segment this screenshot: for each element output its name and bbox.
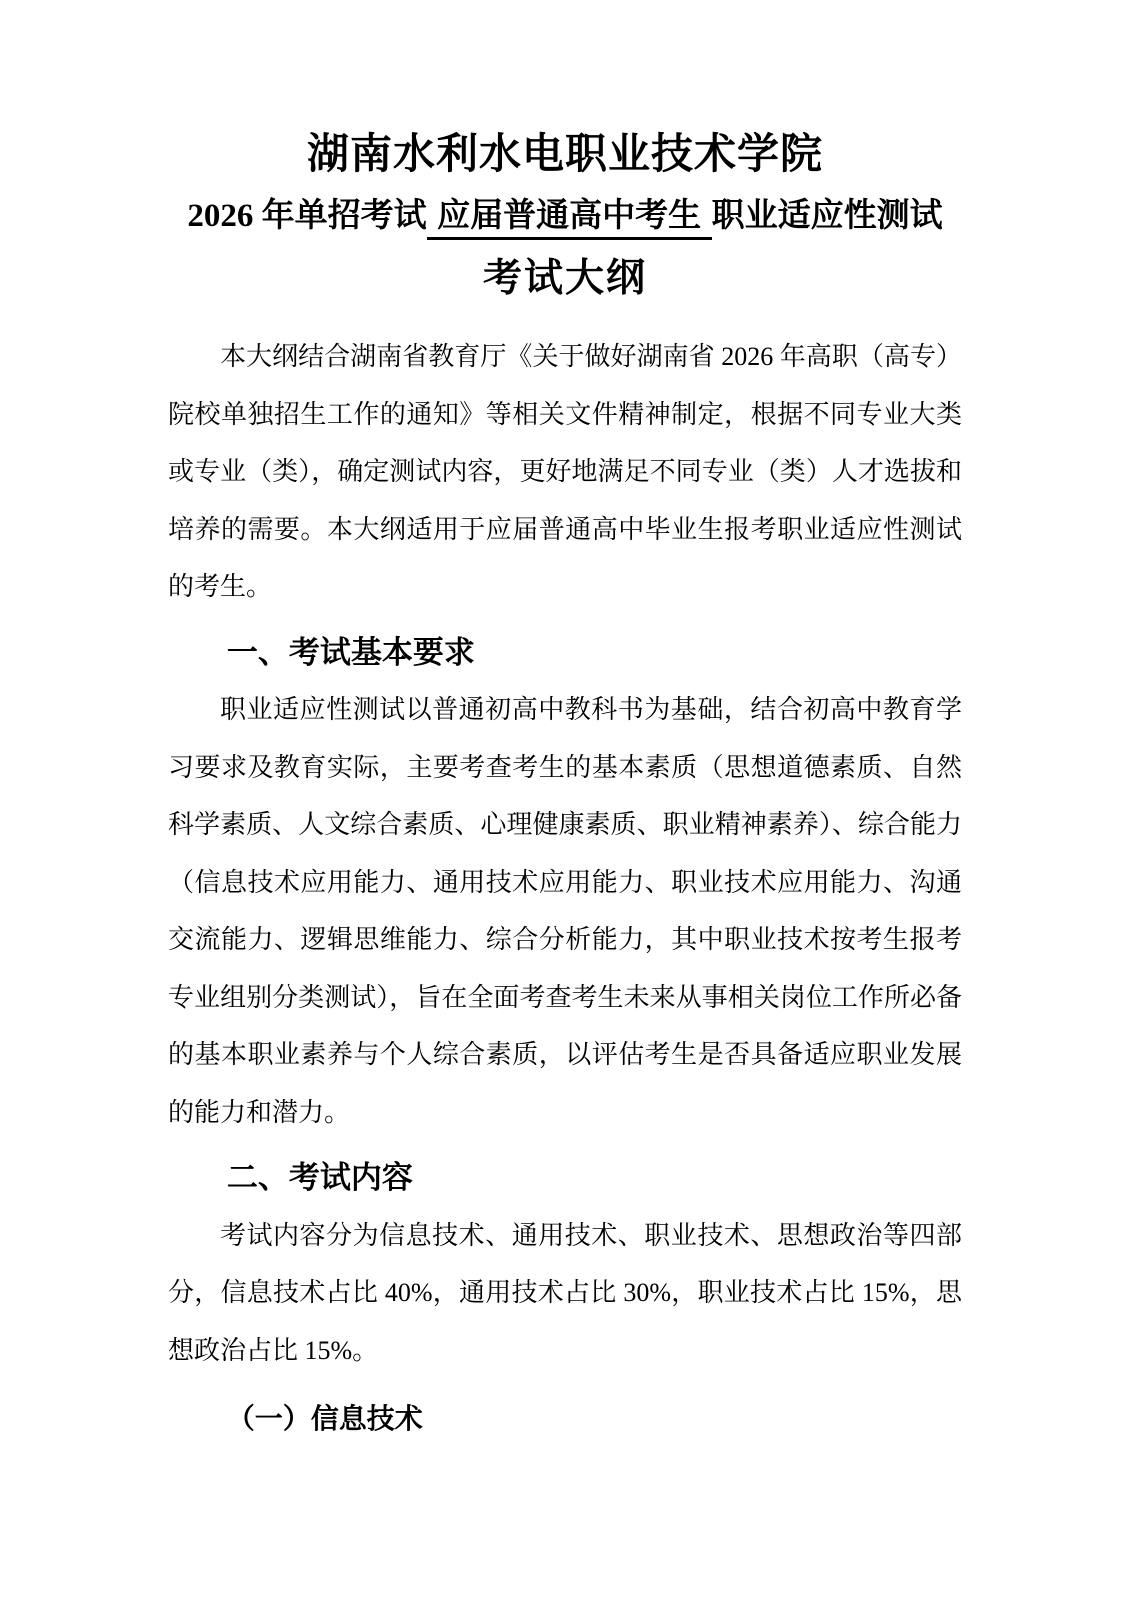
subsection-1-heading: （一）信息技术 <box>168 1391 962 1449</box>
section-2-heading: 二、考试内容 <box>168 1149 962 1207</box>
document-page: 湖南水利水电职业技术学院 2026 年单招考试应届普通高中考生职业适应性测试 考… <box>0 0 1131 1600</box>
section-1-paragraph: 职业适应性测试以普通初高中教科书为基础，结合初高中教育学习要求及教育实际，主要考… <box>168 681 962 1141</box>
subtitle-prefix: 2026 年单招考试 <box>187 198 426 234</box>
subtitle-underlined-candidate-type: 应届普通高中考生 <box>427 196 712 240</box>
subtitle-suffix: 职业适应性测试 <box>712 198 943 234</box>
exam-outline-heading: 考试大纲 <box>168 256 962 302</box>
section-2-paragraph: 考试内容分为信息技术、通用技术、职业技术、思想政治等四部分，信息技术占比 40%… <box>168 1207 962 1380</box>
document-title: 湖南水利水电职业技术学院 <box>168 128 962 180</box>
intro-paragraph: 本大纲结合湖南省教育厅《关于做好湖南省 2026 年高职（高专）院校单独招生工作… <box>168 328 962 616</box>
section-1-heading: 一、考试基本要求 <box>168 624 962 682</box>
document-subtitle: 2026 年单招考试应届普通高中考生职业适应性测试 <box>168 196 962 240</box>
